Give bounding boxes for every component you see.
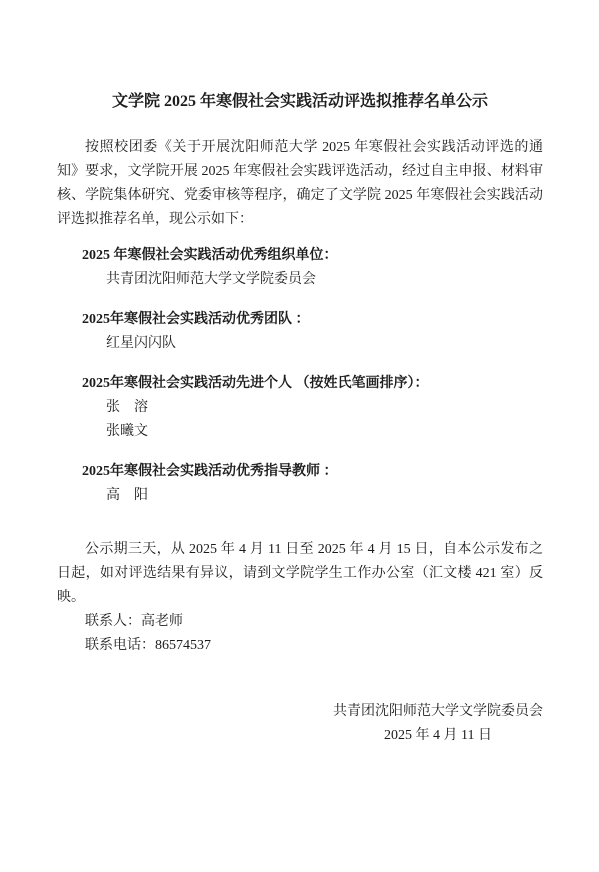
section-heading: 2025年寒假社会实践活动先进个人 （按姓氏笔画排序）： [57, 372, 543, 396]
intro-paragraph: 按照校团委《关于开展沈阳师范大学 2025 年寒假社会实践活动评选的通知》要求，… [57, 136, 543, 232]
section-heading: 2025年寒假社会实践活动优秀团队 ： [57, 308, 543, 332]
section-outstanding-organization: 2025 年寒假社会实践活动优秀组织单位： 共青团沈阳师范大学文学院委员会 [57, 244, 543, 292]
section-item: 红星闪闪队 [57, 332, 543, 356]
section-outstanding-team: 2025年寒假社会实践活动优秀团队 ： 红星闪闪队 [57, 308, 543, 356]
contact-phone: 联系电话：86574537 [57, 634, 543, 658]
document-title: 文学院 2025 年寒假社会实践活动评选拟推荐名单公示 [57, 90, 543, 114]
signature-organization: 共青团沈阳师范大学文学院委员会 [333, 700, 543, 724]
section-item: 张曦文 [57, 420, 543, 444]
closing-paragraph: 公示期三天，从 2025 年 4 月 11 日至 2025 年 4 月 15 日… [57, 538, 543, 610]
announcement-document: 文学院 2025 年寒假社会实践活动评选拟推荐名单公示 按照校团委《关于开展沈阳… [0, 0, 599, 872]
signature-date: 2025 年 4 月 11 日 [333, 724, 543, 748]
section-outstanding-advisor: 2025年寒假社会实践活动优秀指导教师 ： 高 阳 [57, 460, 543, 508]
section-item: 张 溶 [57, 396, 543, 420]
section-advanced-individuals: 2025年寒假社会实践活动先进个人 （按姓氏笔画排序）： 张 溶 张曦文 [57, 372, 543, 444]
contact-person: 联系人：高老师 [57, 610, 543, 634]
signature-block: 共青团沈阳师范大学文学院委员会 2025 年 4 月 11 日 [333, 700, 543, 748]
section-item: 共青团沈阳师范大学文学院委员会 [57, 268, 543, 292]
section-heading: 2025 年寒假社会实践活动优秀组织单位： [57, 244, 543, 268]
section-heading: 2025年寒假社会实践活动优秀指导教师 ： [57, 460, 543, 484]
section-item: 高 阳 [57, 484, 543, 508]
